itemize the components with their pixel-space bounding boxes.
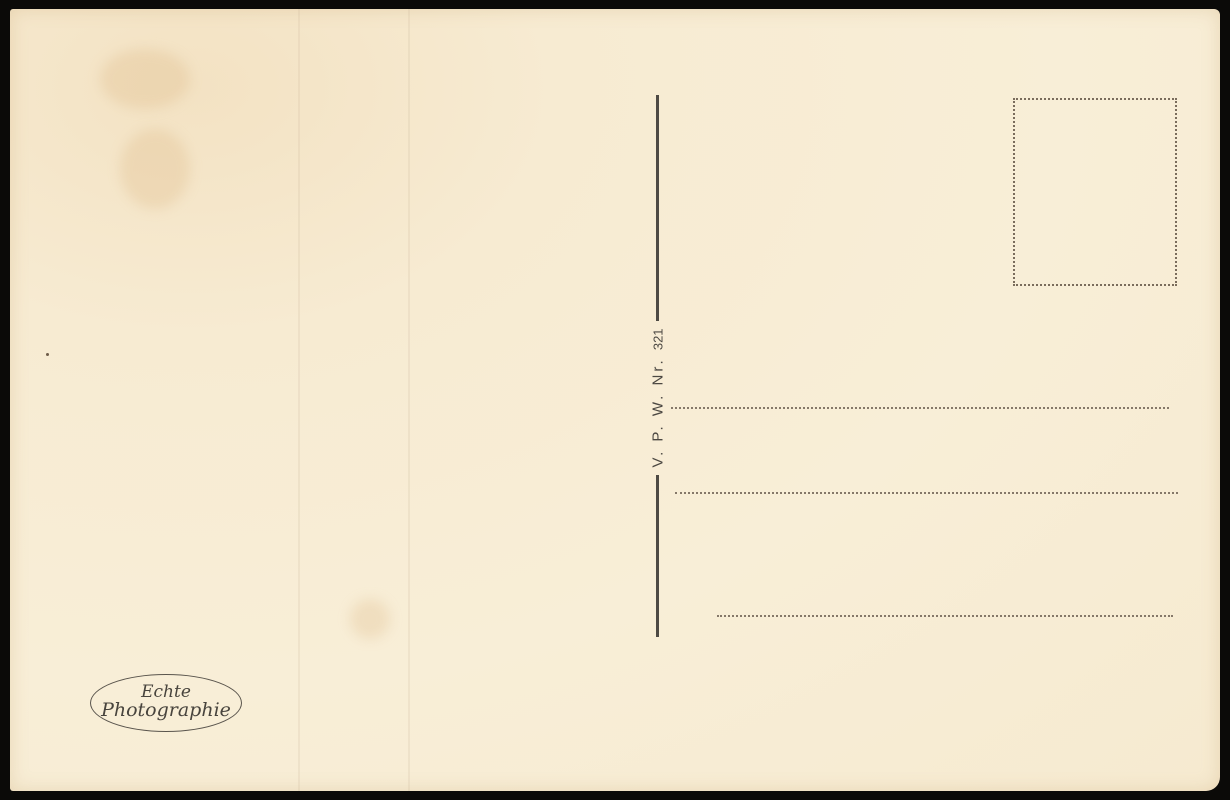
publisher-code-prefix: V. P. W. Nr. xyxy=(650,357,667,467)
echte-photographie-logo: Echte Photographie xyxy=(90,674,242,732)
address-line-2 xyxy=(675,492,1178,494)
center-divider-top xyxy=(656,95,659,321)
age-stain xyxy=(120,129,190,209)
center-divider-bottom xyxy=(656,475,659,637)
logo-line-2: Photographie xyxy=(101,701,231,720)
paper-crease xyxy=(298,9,300,791)
age-stain xyxy=(100,49,190,109)
postcard-back: V. P. W. Nr. 321 Echte Photographie xyxy=(10,9,1220,791)
publisher-code-number: 321 xyxy=(651,328,666,350)
stamp-box xyxy=(1013,98,1177,286)
age-stain xyxy=(350,599,390,639)
address-line-3 xyxy=(717,615,1173,617)
speck xyxy=(46,353,49,356)
address-line-1 xyxy=(671,407,1169,409)
publisher-code: V. P. W. Nr. 321 xyxy=(650,328,667,467)
paper-crease xyxy=(408,9,410,791)
